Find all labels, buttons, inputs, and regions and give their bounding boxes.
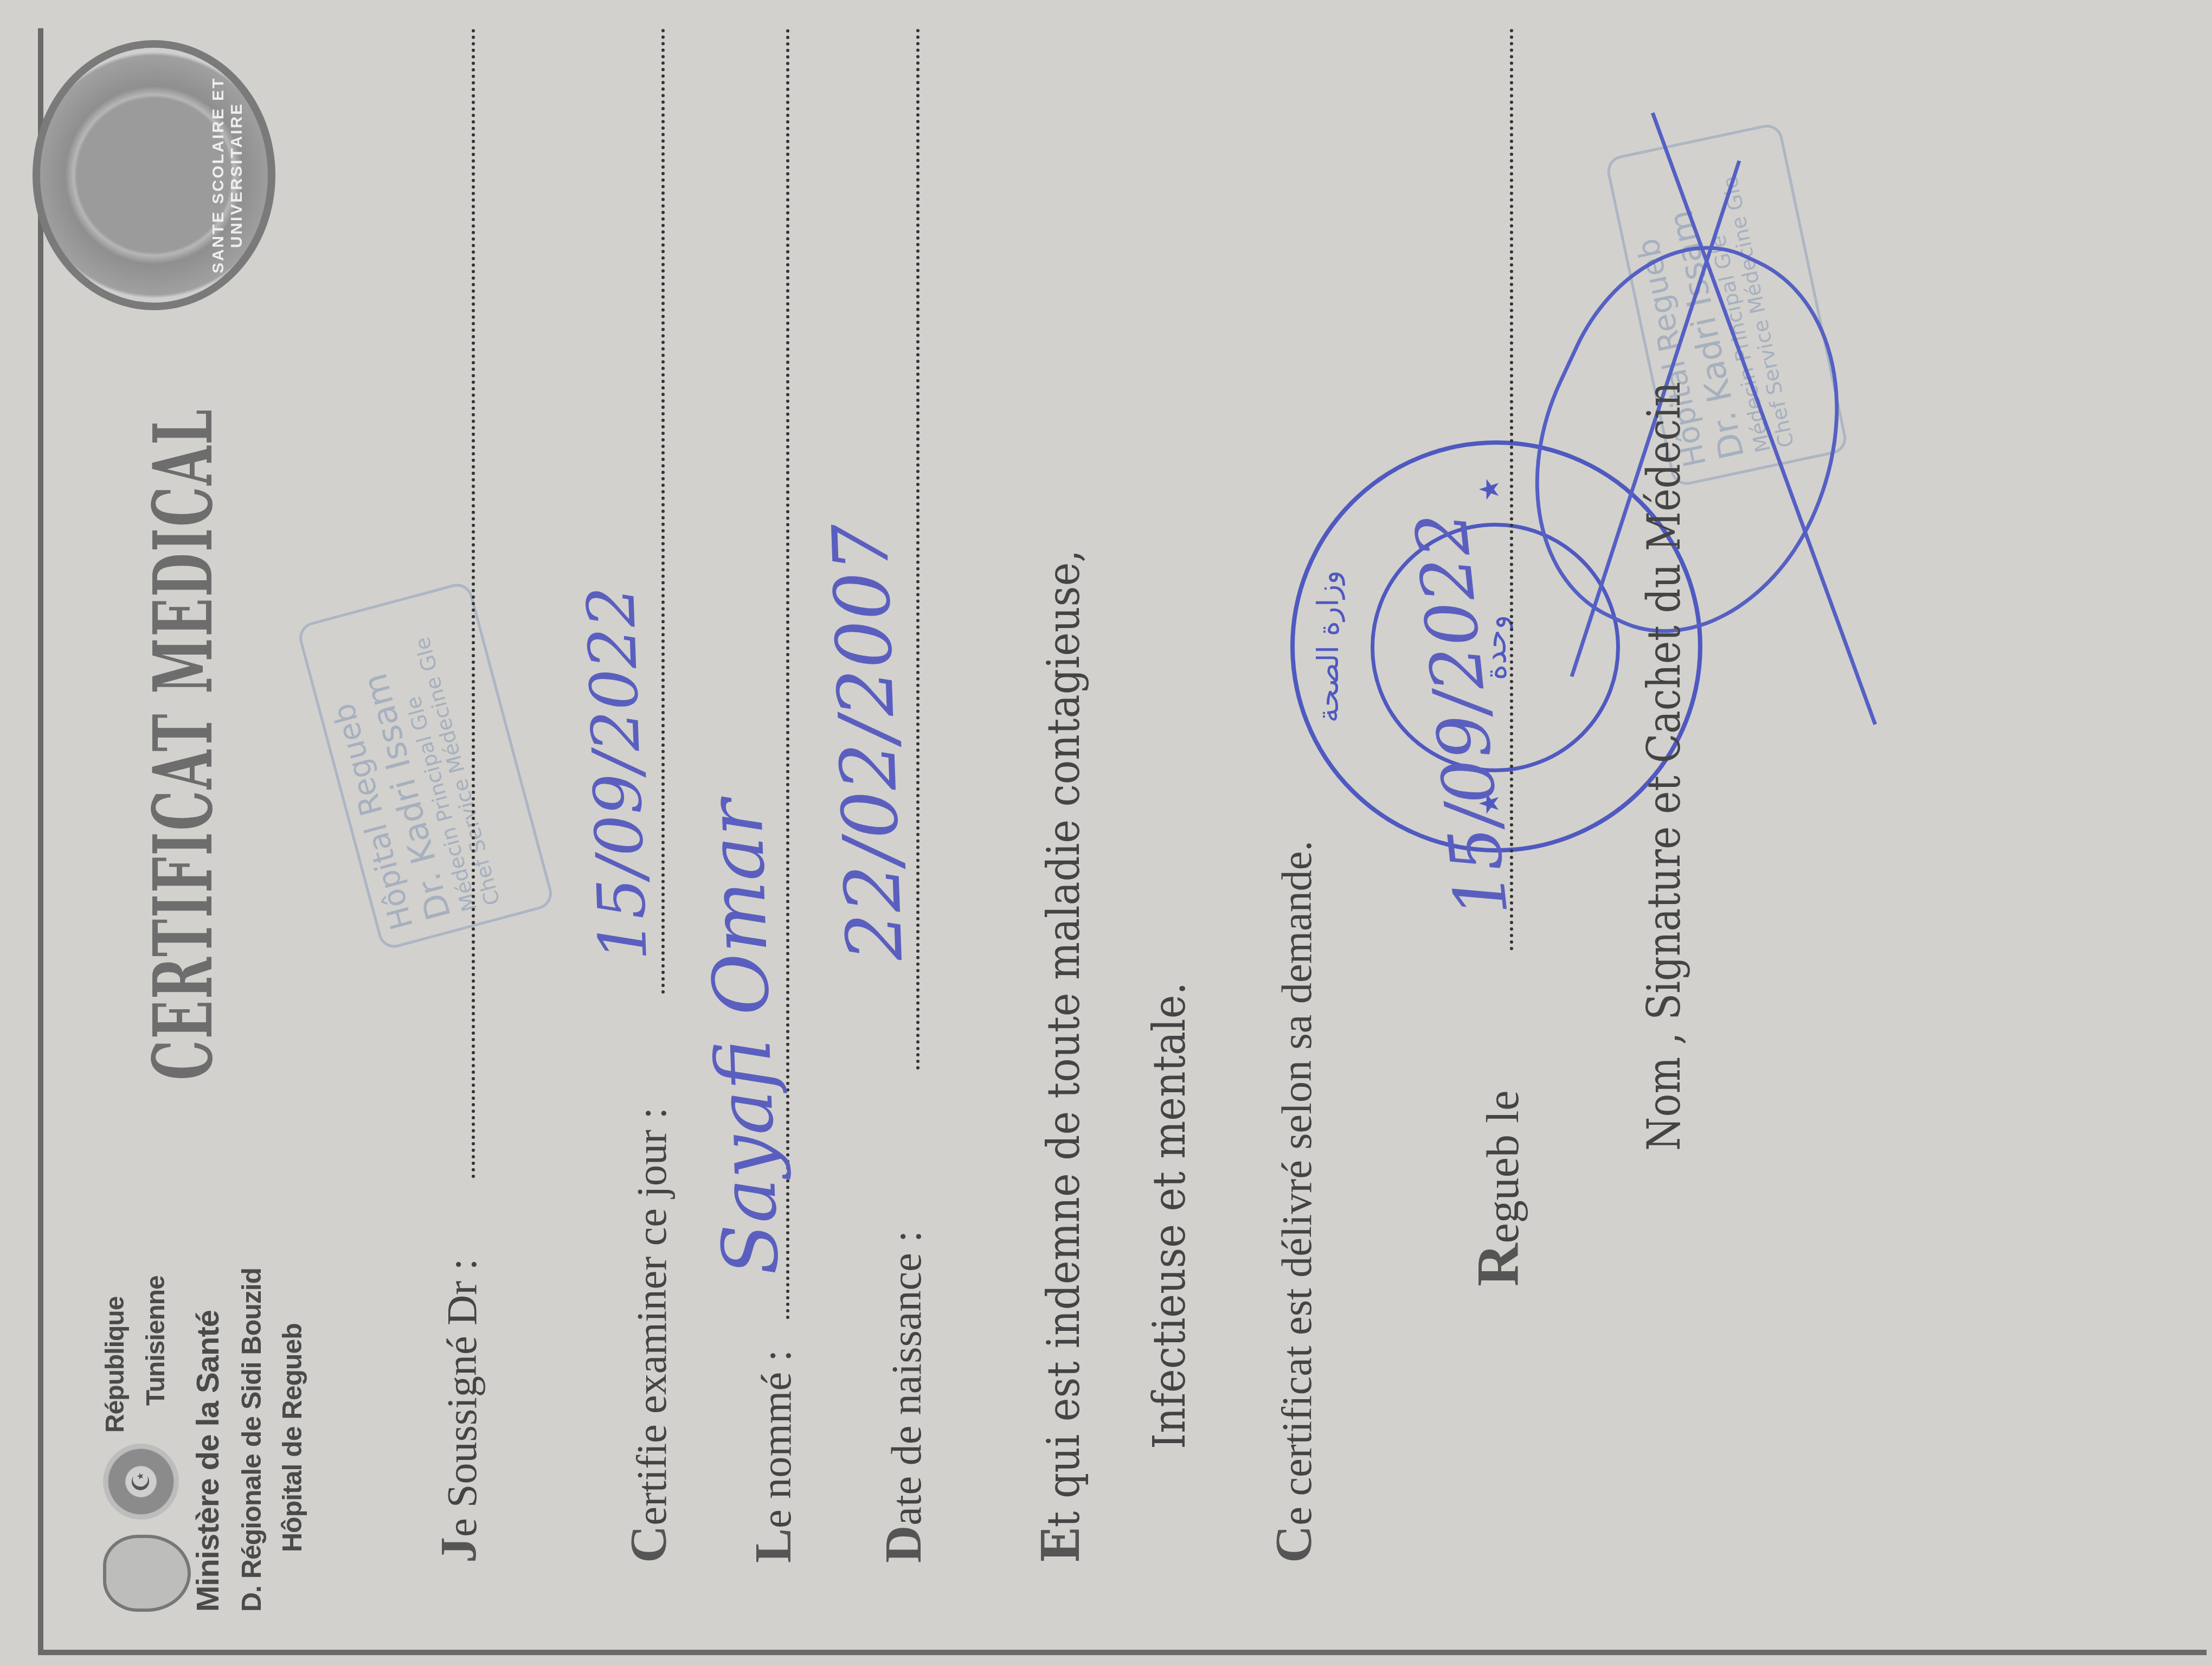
ministry-name: Ministère de la Santé	[190, 1310, 226, 1612]
patient-name-label: e nommé :	[753, 1350, 800, 1528]
letterhead: ☪ République Tunisienne Ministère de la …	[98, 1124, 423, 1612]
field-place-date: Regueb le	[1464, 1090, 1533, 1286]
country-line1: République	[100, 1297, 130, 1433]
coat-of-arms-icon	[103, 1535, 191, 1612]
country-line2: Tunisienne	[141, 1276, 171, 1406]
exam-date-label: ertifie examiner ce jour :	[628, 1107, 675, 1526]
medical-certificate-page: ☪ République Tunisienne Ministère de la …	[0, 0, 2212, 1666]
star-icon: ★	[1474, 477, 1505, 502]
field-birth-date: Date de naissance :	[873, 1231, 933, 1563]
tunisia-seal-icon: ☪	[103, 1444, 179, 1520]
signature-label: Nom , Signature et Cachet du Médecin	[1637, 382, 1690, 1151]
exam-date-value: 15/09/2022	[574, 585, 662, 962]
statement-line2: Infectieuse et mentale.	[1144, 982, 1195, 1449]
birth-date-value: 22/02/2007	[816, 522, 920, 962]
regional-directorate: D. Régionale de Sidi Bouzid	[236, 1268, 267, 1612]
document-title: CERTIFICAT MEDICAL	[136, 408, 231, 1080]
soussigne-input[interactable]	[472, 28, 475, 1178]
field-patient-name: Le nommé :	[743, 1350, 803, 1563]
patient-name-value: Sayafi Omar	[691, 798, 796, 1277]
field-soussigne: Je Soussigné Dr :	[428, 1259, 488, 1563]
seal-text: SANTE SCOLAIRE ET UNIVERSITAIRE	[209, 48, 246, 303]
school-health-seal: SANTE SCOLAIRE ET UNIVERSITAIRE	[33, 40, 275, 310]
statement-line3: Ce certificat est délivré selon sa deman…	[1263, 841, 1323, 1563]
soussigne-label: e Soussigné Dr :	[438, 1259, 485, 1537]
statement-line1: Et qui est indemne de toute maladie cont…	[1030, 549, 1091, 1563]
field-exam-date: Certifie examiner ce jour :	[618, 1107, 678, 1563]
hospital-name: Hôpital de Regueb	[276, 1323, 308, 1552]
birth-date-label: ate de naissance :	[883, 1231, 930, 1526]
exam-date-input[interactable]	[661, 28, 665, 994]
